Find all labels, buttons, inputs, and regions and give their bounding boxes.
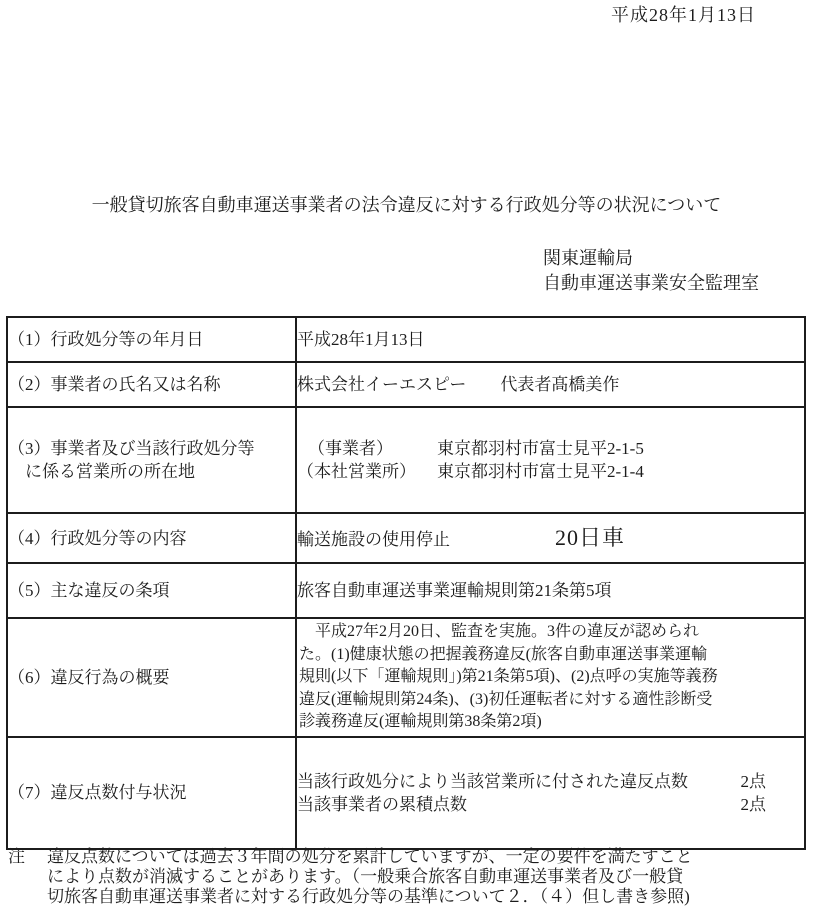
footnote-text: 違反点数については過去３年間の処分を累計していますが、一定の要件を満たすこと に… [47,847,800,907]
office-address-label-headoffice: （本社営業所） [297,460,437,483]
label-violated-provision: （5）主な違反の条項 [7,563,296,618]
table-row-violation-points: （7）違反点数付与状況 当該行政処分により当該営業所に付された違反点数 2点 当… [7,737,805,849]
office-address-label-operator: （事業者） [297,437,437,460]
penalty-content-text: 輸送施設の使用停止 [297,530,450,549]
label-violation-points: （7）違反点数付与状況 [7,737,296,849]
violation-points-line-cumulative: 当該事業者の累積点数 2点 [297,793,804,816]
label-penalty-content: （4）行政処分等の内容 [7,513,296,563]
violation-points-cumulative-value: 2点 [741,793,767,816]
table-row-operator-name: （2）事業者の氏名又は名称 株式会社イーエスピー 代表者髙橋美作 [7,362,805,407]
violation-points-office-value: 2点 [741,770,767,793]
agency-office: 自動車運送事業安全監理室 [543,271,759,296]
document-title: 一般貸切旅客自動車運送事業者の法令違反に対する行政処分等の状況について [0,194,813,216]
violation-points-cumulative-label: 当該事業者の累積点数 [297,793,467,816]
label-penalty-date: （1）行政処分等の年月日 [7,317,296,362]
office-address-operator: 東京都羽村市富士見平2-1-5 [437,437,644,460]
penalty-days-value: 20日車 [555,525,625,550]
office-address-lines: （事業者） 東京都羽村市富士見平2-1-5 （本社営業所） 東京都羽村市富士見平… [297,437,804,483]
value-violated-provision: 旅客自動車運送事業運輸規則第21条第5項 [296,563,805,618]
penalty-table: （1）行政処分等の年月日 平成28年1月13日 （2）事業者の氏名又は名称 株式… [6,316,806,850]
value-penalty-date: 平成28年1月13日 [296,317,805,362]
value-penalty-content: 輸送施設の使用停止20日車 [296,513,805,563]
value-violation-points: 当該行政処分により当該営業所に付された違反点数 2点 当該事業者の累積点数 2点 [296,737,805,849]
value-operator-name: 株式会社イーエスピー 代表者髙橋美作 [296,362,805,407]
table-row-penalty-date: （1）行政処分等の年月日 平成28年1月13日 [7,317,805,362]
document-page: 平成28年1月13日 一般貸切旅客自動車運送事業者の法令違反に対する行政処分等の… [0,0,813,908]
violation-points-lines: 当該行政処分により当該営業所に付された違反点数 2点 当該事業者の累積点数 2点 [297,770,804,816]
value-office-address: （事業者） 東京都羽村市富士見平2-1-5 （本社営業所） 東京都羽村市富士見平… [296,407,805,513]
footnote: 注 違反点数については過去３年間の処分を累計していますが、一定の要件を満たすこと… [8,847,800,907]
office-address-headoffice: 東京都羽村市富士見平2-1-4 [437,460,644,483]
office-address-line-headoffice: （本社営業所） 東京都羽村市富士見平2-1-4 [297,460,804,483]
violation-summary-text: 平成27年2月20日、監査を実施。3件の違反が認められ た。(1)健康状態の把握… [297,619,804,736]
table-row-violated-provision: （5）主な違反の条項 旅客自動車運送事業運輸規則第21条第5項 [7,563,805,618]
footnote-marker: 注 [8,847,47,907]
table-row-violation-summary: （6）違反行為の概要 平成27年2月20日、監査を実施。3件の違反が認められ た… [7,618,805,737]
table-row-office-address: （3）事業者及び当該行政処分等 に係る営業所の所在地 （事業者） 東京都羽村市富… [7,407,805,513]
label-office-address: （3）事業者及び当該行政処分等 に係る営業所の所在地 [7,407,296,513]
value-violation-summary: 平成27年2月20日、監査を実施。3件の違反が認められ た。(1)健康状態の把握… [296,618,805,737]
violation-points-office-label: 当該行政処分により当該営業所に付された違反点数 [297,770,688,793]
label-operator-name: （2）事業者の氏名又は名称 [7,362,296,407]
label-violation-summary: （6）違反行為の概要 [7,618,296,737]
document-date: 平成28年1月13日 [611,4,756,26]
agency-bureau: 関東運輸局 [543,246,759,271]
office-address-line-operator: （事業者） 東京都羽村市富士見平2-1-5 [297,437,804,460]
violation-points-line-office: 当該行政処分により当該営業所に付された違反点数 2点 [297,770,804,793]
table-row-penalty-content: （4）行政処分等の内容 輸送施設の使用停止20日車 [7,513,805,563]
agency-block: 関東運輸局 自動車運送事業安全監理室 [543,246,759,296]
